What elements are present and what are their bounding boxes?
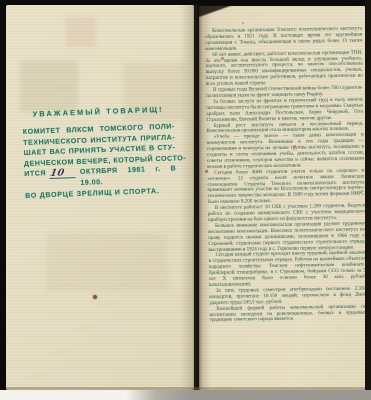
paragraph: Сегодня каждый студент проходит школу тр… xyxy=(209,251,367,289)
paragraph: Комсомольская организация Томского полит… xyxy=(205,27,362,53)
scanned-document: Комсомольская организация Томского полит… xyxy=(0,0,371,400)
invitation-line: ИТСЯ xyxy=(24,169,46,180)
show-through-ghost xyxy=(66,17,96,47)
invitation-line: ОКТЯБРЯ 1981 г. В 19.00. xyxy=(80,164,177,189)
paragraph: Большое внимание комсомольская организац… xyxy=(208,221,365,253)
scan-edge-bottom xyxy=(0,390,371,400)
scan-edge-left xyxy=(0,0,6,360)
fold-crease xyxy=(199,5,233,17)
paragraph: 60 лет живет, действует, работает комсом… xyxy=(205,50,363,88)
show-through-ghost xyxy=(46,233,168,291)
right-page: Комсомольская организация Томского полит… xyxy=(199,6,366,390)
handwritten-date: 10 xyxy=(49,169,77,179)
invitation-text-block: УВАЖАЕМЫЙ ТОВАРИЩ! КОМИТЕТ ВЛКСМ ТОМСКОГ… xyxy=(22,104,177,201)
paragraph: Сегодня более 4000 студентов учатся толь… xyxy=(207,168,365,206)
show-through-ghost xyxy=(20,60,78,112)
paragraph: За боевые заслуги на фронтах и героическ… xyxy=(206,97,363,123)
paragraph: Важнейшей формой работы комсомольской ор… xyxy=(209,304,366,324)
scan-edge-top xyxy=(0,0,371,5)
scan-edge-right xyxy=(365,0,371,400)
paragraph: «Учеба — прежде всего» — таков девиз ком… xyxy=(207,133,365,171)
page-fold-gutter xyxy=(192,0,203,392)
body-text-block: Комсомольская организация Томского полит… xyxy=(205,27,367,325)
